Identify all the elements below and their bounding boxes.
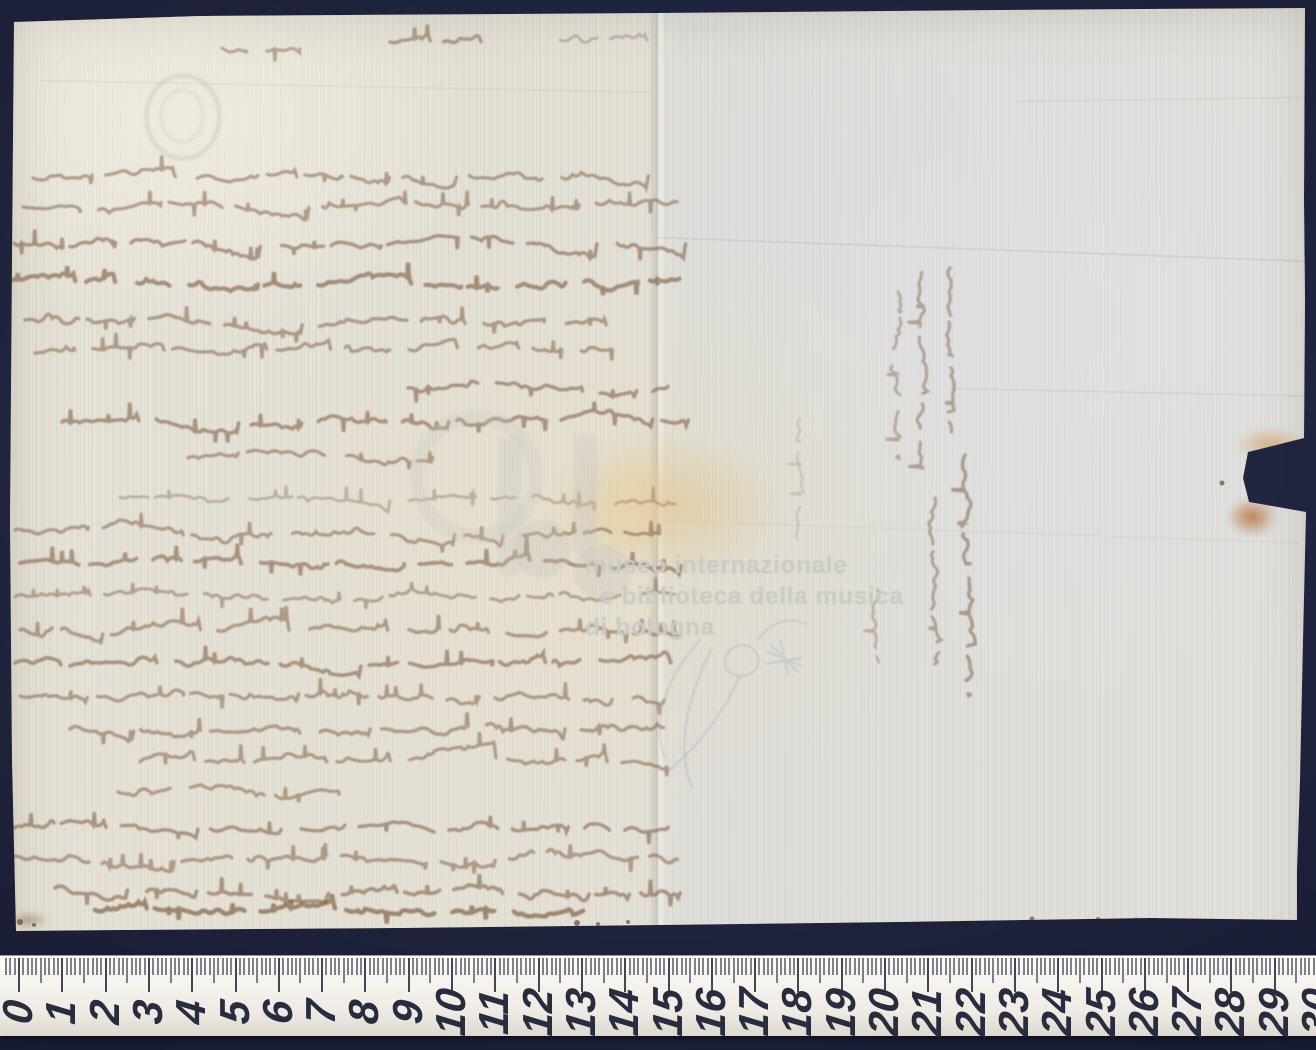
ruler-tick: [936, 958, 938, 975]
ruler-tick: [204, 958, 206, 975]
ruler-tick: [364, 958, 366, 992]
ruler-tick: [477, 958, 479, 975]
ruler-tick: [728, 958, 730, 975]
ruler-tick: [897, 958, 899, 975]
ruler-tick: [888, 958, 890, 975]
ruler-tick: [780, 958, 782, 975]
ruler-tick: [1135, 958, 1137, 975]
ruler-tick: [1114, 958, 1116, 975]
ruler-tick: [1083, 958, 1085, 975]
ruler-tick: [287, 958, 289, 975]
ruler-tick: [347, 958, 349, 975]
ruler-number: 5: [211, 998, 259, 1026]
ruler-tick: [1252, 958, 1254, 983]
ruler-tick: [927, 958, 929, 992]
ruler-tick: [57, 958, 59, 975]
ruler-tick: [122, 958, 124, 975]
ruler-tick: [1291, 958, 1293, 975]
ink-bleed-line: [23, 191, 692, 220]
logo-ring: [410, 410, 543, 543]
ruler-tick: [932, 958, 934, 975]
ruler-tick: [35, 958, 37, 975]
ruler-tick: [382, 958, 384, 975]
ruler-tick: [776, 958, 778, 983]
ruler-tick: [997, 958, 999, 975]
ruler-tick: [1282, 958, 1284, 975]
ruler-tick: [1036, 958, 1038, 983]
ruler-tick: [48, 958, 50, 975]
ruler-tick: [836, 958, 838, 975]
ruler-tick: [291, 958, 293, 975]
ruler-number: 0: [0, 998, 42, 1026]
ruler-tick: [841, 958, 843, 992]
ruler-number: 10: [427, 986, 475, 1038]
ruler-tick: [196, 958, 198, 975]
ruler-tick: [789, 958, 791, 975]
ink-bleed-line: [140, 732, 683, 776]
ruler-tick: [603, 958, 605, 983]
ruler-tick: [1101, 958, 1103, 992]
ruler-tick: [754, 958, 756, 992]
ruler-tick: [460, 958, 462, 975]
ink-bleed-line: [222, 48, 313, 61]
ink-bleed-line: [35, 333, 626, 361]
ruler-tick: [1256, 958, 1258, 975]
ruler-number: 16: [687, 986, 735, 1038]
ruler-tick: [984, 958, 986, 975]
ruler-tick: [1031, 958, 1033, 975]
ruler-tick: [650, 958, 652, 975]
ruler-tick: [455, 958, 457, 975]
ink-bleed-line: [70, 712, 681, 744]
ruler-number: 2: [81, 998, 129, 1026]
ruler-tick: [191, 958, 193, 992]
ruler-tick: [239, 958, 241, 975]
ruler-tick: [317, 958, 319, 975]
ruler-number: 19: [817, 986, 865, 1038]
pencil-flourish: [660, 621, 806, 788]
ruler-tick: [1191, 958, 1193, 975]
ink-bleed-line: [55, 874, 700, 906]
ruler-tick: [1278, 958, 1280, 975]
ruler-tick: [44, 958, 46, 975]
ink-bleed-line: [766, 640, 802, 674]
ruler-tick: [520, 958, 522, 975]
ruler-tick: [893, 958, 895, 975]
logo-stem: [573, 435, 597, 560]
ruler-tick: [551, 958, 553, 975]
ruler-tick: [18, 958, 20, 992]
ruler-tick: [412, 958, 414, 975]
ruler-tick: [659, 958, 661, 975]
ruler-tick: [988, 958, 990, 975]
ruler-tick: [1217, 958, 1219, 975]
ruler-tick: [66, 958, 68, 975]
ruler-tick: [473, 958, 475, 983]
ruler-tick: [724, 958, 726, 975]
ruler-tick: [442, 958, 444, 975]
ruler-tick: [481, 958, 483, 975]
ruler-tick: [564, 958, 566, 975]
ink-bleed-line: [8, 263, 696, 295]
ruler-tick: [871, 958, 873, 975]
ruler-tick: [213, 958, 215, 983]
ruler-tick: [884, 958, 886, 992]
ruler-tick: [338, 958, 340, 975]
ink-bleed-line: [929, 498, 942, 680]
ruler-tick: [1243, 958, 1245, 975]
ruler-tick: [139, 958, 141, 975]
ruler-tick: [945, 958, 947, 975]
ink-bleed-line: [8, 843, 687, 873]
ruler-tick: [919, 958, 921, 975]
ruler-tick: [507, 958, 509, 975]
ruler-tick: [1204, 958, 1206, 975]
ruler-tick: [1157, 958, 1159, 975]
ruler-tick: [845, 958, 847, 975]
ruler-tick: [1300, 958, 1302, 975]
ruler-tick: [9, 958, 11, 975]
ruler-tick: [1027, 958, 1029, 975]
ruler-tick: [1222, 958, 1224, 975]
ruler-number: 27: [1163, 986, 1211, 1038]
ruler-tick: [178, 958, 180, 975]
paper-speck: [1220, 481, 1225, 486]
ink-bleed-line: [14, 812, 680, 844]
ruler-tick: [1148, 958, 1150, 975]
ruler-tick: [92, 958, 94, 975]
ruler-tick: [425, 958, 427, 975]
ruler-tick: [867, 958, 869, 975]
ruler-tick: [668, 958, 670, 992]
ruler-number: 9: [384, 998, 432, 1026]
ruler-tick: [771, 958, 773, 975]
ruler-tick: [105, 958, 107, 992]
ruler-number: 17: [730, 986, 778, 1038]
ruler-tick: [923, 958, 925, 975]
ruler-tick: [1161, 958, 1163, 975]
ruler-tick: [611, 958, 613, 975]
ruler-number: 22: [947, 986, 995, 1038]
ruler-tick: [386, 958, 388, 983]
ruler-tick: [962, 958, 964, 975]
ruler-tick: [745, 958, 747, 975]
ruler-tick: [161, 958, 163, 975]
ruler-tick: [252, 958, 254, 975]
ruler-tick: [200, 958, 202, 975]
ruler-tick: [901, 958, 903, 975]
ruler-tick: [235, 958, 237, 992]
ruler-number: 26: [1120, 986, 1168, 1038]
ruler-tick: [1053, 958, 1055, 975]
ruler-tick: [538, 958, 540, 992]
ruler-tick: [694, 958, 696, 975]
ruler-tick: [590, 958, 592, 975]
ruler-tick: [1230, 958, 1232, 992]
ruler-tick: [542, 958, 544, 975]
ruler-tick: [823, 958, 825, 975]
ruler-tick: [369, 958, 371, 975]
ruler-tick: [1235, 958, 1237, 975]
ink-bleed-line: [408, 381, 686, 402]
ruler-tick: [1122, 958, 1124, 983]
ruler-tick: [758, 958, 760, 975]
logo-notehead: [513, 520, 571, 578]
ruler-tick: [1049, 958, 1051, 975]
ruler-tick: [1109, 958, 1111, 975]
ruler-tick: [880, 958, 882, 975]
ruler-tick: [698, 958, 700, 975]
ruler-tick: [1196, 958, 1198, 975]
ruler-tick: [1166, 958, 1168, 983]
ruler-tick: [689, 958, 691, 983]
ruler-tick: [61, 958, 63, 992]
ruler-tick: [1153, 958, 1155, 975]
ruler-tick: [711, 958, 713, 992]
ruler-tick: [1304, 958, 1306, 975]
ink-bleed-line: [560, 34, 661, 42]
ruler-number: 30: [1293, 986, 1316, 1038]
ruler-number: 20: [860, 986, 908, 1038]
ruler-tick: [966, 958, 968, 975]
ruler-tick: [940, 958, 942, 975]
ruler-tick: [1274, 958, 1276, 992]
ruler-tick: [646, 958, 648, 983]
ruler-tick: [100, 958, 102, 975]
ruler-tick: [741, 958, 743, 975]
ruler-tick: [269, 958, 271, 975]
ruler-tick: [568, 958, 570, 975]
ruler-tick: [620, 958, 622, 975]
ink-bleed-line: [725, 645, 758, 676]
ruler-tick: [971, 958, 973, 992]
ruler-tick: [958, 958, 960, 975]
paper-speck: [1030, 917, 1035, 922]
ink-bleed-line: [886, 292, 902, 464]
ruler-tick: [637, 958, 639, 975]
ruler-tick: [616, 958, 618, 975]
ruler-tick: [217, 958, 219, 975]
ruler-tick: [642, 958, 644, 975]
ruler-tick: [144, 958, 146, 975]
ruler-tick: [416, 958, 418, 975]
ruler-number: 11: [470, 988, 518, 1037]
watermark-line: e biblioteca della musica: [600, 581, 904, 612]
ruler-tick: [1265, 958, 1267, 975]
ruler-tick: [1131, 958, 1133, 975]
letter-sheet: museo internazionale e biblioteca della …: [0, 0, 1316, 1050]
museum-watermark: museo internazionale e biblioteca della …: [585, 550, 904, 643]
ruler-tick: [910, 958, 912, 975]
ruler-tick: [1040, 958, 1042, 975]
ruler-tick: [1269, 958, 1271, 975]
ruler-number: 28: [1206, 986, 1254, 1038]
ruler-tick: [325, 958, 327, 975]
ruler-tick: [31, 958, 33, 975]
ruler-tick: [187, 958, 189, 975]
ruler-tick: [1018, 958, 1020, 975]
ruler-tick: [862, 958, 864, 983]
ruler-tick: [784, 958, 786, 975]
ruler-tick: [1014, 958, 1016, 992]
ruler-tick: [308, 958, 310, 975]
ink-bleed-line: [668, 676, 740, 772]
ruler-tick: [27, 958, 29, 975]
ruler-tick: [949, 958, 951, 983]
ruler-number: 21: [903, 986, 951, 1038]
ruler-tick: [702, 958, 704, 975]
ruler-tick: [226, 958, 228, 975]
ruler-number: 4: [167, 998, 215, 1026]
ink-bleed-line: [951, 455, 975, 709]
ruler-tick: [767, 958, 769, 975]
ruler-tick: [720, 958, 722, 975]
ruler-tick: [79, 958, 81, 975]
ruler-tick: [421, 958, 423, 975]
ruler-tick: [1174, 958, 1176, 975]
ruler-tick: [390, 958, 392, 975]
ruler-tick: [533, 958, 535, 975]
ruler-tick: [464, 958, 466, 975]
ruler-tick: [83, 958, 85, 983]
ruler-tick: [1023, 958, 1025, 975]
ruler-tick: [559, 958, 561, 983]
ruler-tick: [715, 958, 717, 975]
ruler-tick: [858, 958, 860, 975]
ruler-tick: [429, 958, 431, 983]
ruler-number: 25: [1077, 986, 1125, 1038]
ruler-number: 18: [773, 986, 821, 1038]
ruler-tick: [5, 958, 7, 975]
paper-speck: [1060, 919, 1064, 923]
ruler-tick: [1062, 958, 1064, 975]
ruler-tick: [399, 958, 401, 975]
measurement-ruler: 0123456789101112131415161718192021222324…: [0, 956, 1316, 1036]
ruler-tick: [1239, 958, 1241, 975]
ruler-number: 14: [600, 986, 648, 1038]
ruler-tick: [360, 958, 362, 975]
ruler-tick: [209, 958, 211, 975]
ruler-tick: [733, 958, 735, 983]
ruler-tick: [14, 958, 16, 975]
ruler-tick: [230, 958, 232, 975]
ruler-tick: [577, 958, 579, 975]
ruler-tick: [516, 958, 518, 983]
ruler-tick: [131, 958, 133, 975]
ruler-tick: [1105, 958, 1107, 975]
ruler-number: 6: [254, 998, 302, 1026]
ruler-tick: [594, 958, 596, 975]
ruler-tick: [572, 958, 574, 975]
ruler-tick: [815, 958, 817, 975]
ink-bleed-line: [15, 646, 677, 676]
ruler-number: 1: [37, 998, 85, 1026]
ruler-number: 15: [644, 986, 692, 1038]
ruler-tick: [282, 958, 284, 975]
ruler-tick: [707, 958, 709, 975]
ruler-tick: [1261, 958, 1263, 975]
ruler-tick: [854, 958, 856, 975]
paper-speck: [32, 923, 36, 927]
ruler-tick: [126, 958, 128, 983]
ruler-tick: [265, 958, 267, 975]
ruler-tick: [1144, 958, 1146, 992]
ruler-tick: [512, 958, 514, 975]
ruler-tick: [40, 958, 42, 983]
paper-speck: [596, 922, 600, 926]
ruler-number: 8: [340, 998, 388, 1026]
ruler-tick: [832, 958, 834, 975]
ruler-tick: [1079, 958, 1081, 983]
ruler-tick: [109, 958, 111, 975]
ruler-tick: [1287, 958, 1289, 975]
ruler-tick: [356, 958, 358, 975]
ruler-tick: [373, 958, 375, 975]
ruler-tick: [1075, 958, 1077, 975]
ruler-tick: [256, 958, 258, 983]
ruler-tick: [299, 958, 301, 983]
paper-speck: [1134, 918, 1139, 923]
ruler-tick: [1066, 958, 1068, 975]
ruler-tick: [793, 958, 795, 975]
ruler-tick: [992, 958, 994, 983]
ruler-tick: [737, 958, 739, 975]
ruler-tick: [624, 958, 626, 992]
ruler-tick: [135, 958, 137, 975]
ruler-tick: [118, 958, 120, 975]
ink-bleed-line: [788, 418, 804, 550]
ruler-tick: [1170, 958, 1172, 975]
ruler-tick: [1295, 958, 1297, 983]
ruler-tick: [1226, 958, 1228, 975]
ruler-tick: [676, 958, 678, 975]
paper-speck: [574, 920, 580, 926]
ruler-tick: [403, 958, 405, 975]
ruler-tick: [165, 958, 167, 975]
ink-bleed-line: [20, 678, 671, 715]
ruler-tick: [334, 958, 336, 975]
ruler-tick: [797, 958, 799, 992]
ink-bleed-line: [33, 156, 662, 189]
ruler-tick: [1209, 958, 1211, 983]
watermark-line: di bologna: [585, 612, 904, 643]
ruler-tick: [70, 958, 72, 975]
ruler-tick: [243, 958, 245, 975]
ruler-tick: [278, 958, 280, 992]
paper-speck: [1238, 922, 1242, 926]
ruler-tick: [906, 958, 908, 983]
ruler-tick: [148, 958, 150, 992]
ruler-tick: [1183, 958, 1185, 975]
ruler-tick: [438, 958, 440, 975]
ruler-tick: [849, 958, 851, 975]
paper-speck: [1096, 917, 1100, 921]
ruler-tick: [975, 958, 977, 975]
ruler-tick: [1313, 958, 1315, 975]
ruler-tick: [1010, 958, 1012, 975]
ruler-tick: [451, 958, 453, 992]
ruler-tick: [979, 958, 981, 975]
ruler-tick: [1187, 958, 1189, 992]
ruler-tick: [152, 958, 154, 975]
ruler-tick: [490, 958, 492, 975]
ruler-tick: [581, 958, 583, 992]
ruler-tick: [607, 958, 609, 975]
ruler-tick: [529, 958, 531, 975]
ruler-tick: [1005, 958, 1007, 975]
ruler-number: 29: [1250, 986, 1298, 1038]
ruler-tick: [1248, 958, 1250, 975]
